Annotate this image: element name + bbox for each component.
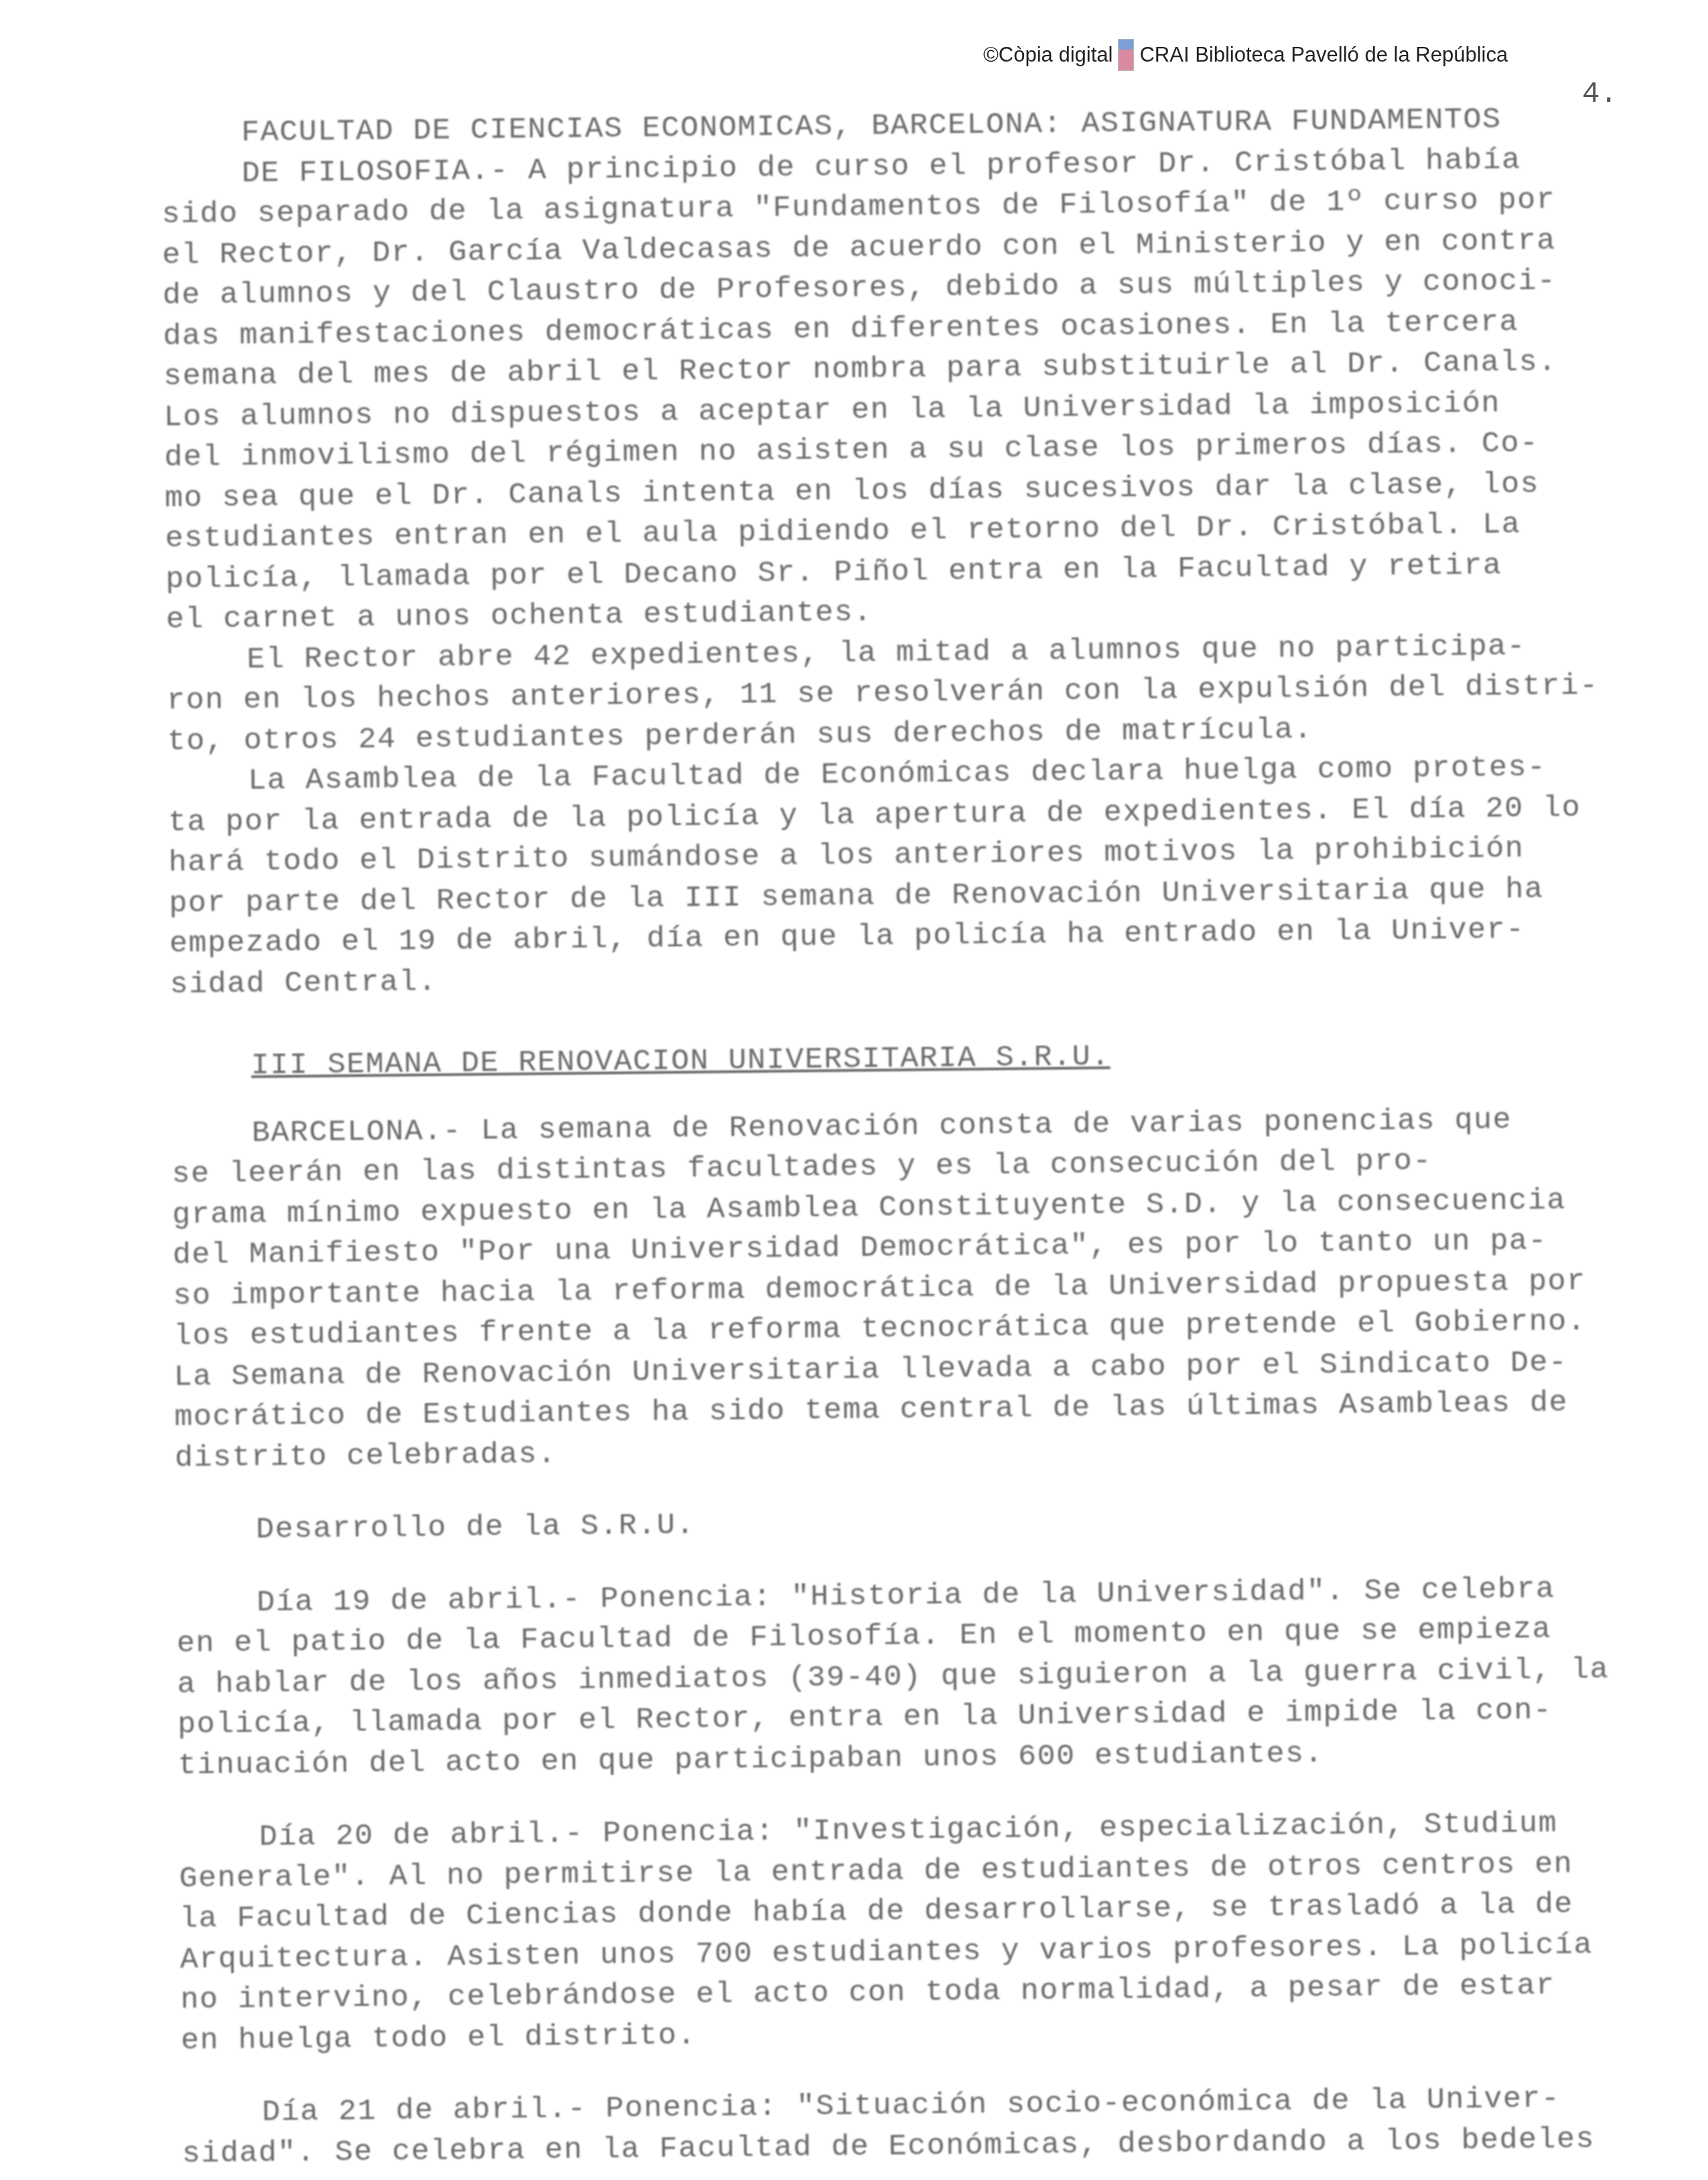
typewritten-page: FACULTAD DE CIENCIAS ECONOMICAS, BARCELO… [161, 98, 1669, 2175]
paragraph-economicas: FACULTAD DE CIENCIAS ECONOMICAS, BARCELO… [161, 98, 1653, 641]
watermark-prefix: ©Còpia digital [983, 43, 1113, 67]
paragraph-huelga: La Asamblea de la Facultad de Económicas… [167, 747, 1657, 1005]
digital-copy-watermark: ©Còpia digital CRAI Biblioteca Pavelló d… [983, 39, 1508, 71]
university-crest-icon [1118, 39, 1134, 71]
paragraph-expedientes: El Rector abre 42 expedientes, la mitad … [166, 625, 1654, 762]
paragraph-dia-21: Día 21 de abril.- Ponencia: "Situación s… [182, 2078, 1669, 2175]
paragraph-dia-19: Día 19 de abril.- Ponencia: "Historia de… [176, 1568, 1665, 1786]
paragraph-dia-20: Día 20 de abril.- Ponencia: "Investigaci… [179, 1803, 1668, 2061]
paragraph-renovacion: BARCELONA.- La semana de Renovación cons… [171, 1098, 1662, 1479]
watermark-institution: CRAI Biblioteca Pavelló de la República [1139, 43, 1508, 67]
